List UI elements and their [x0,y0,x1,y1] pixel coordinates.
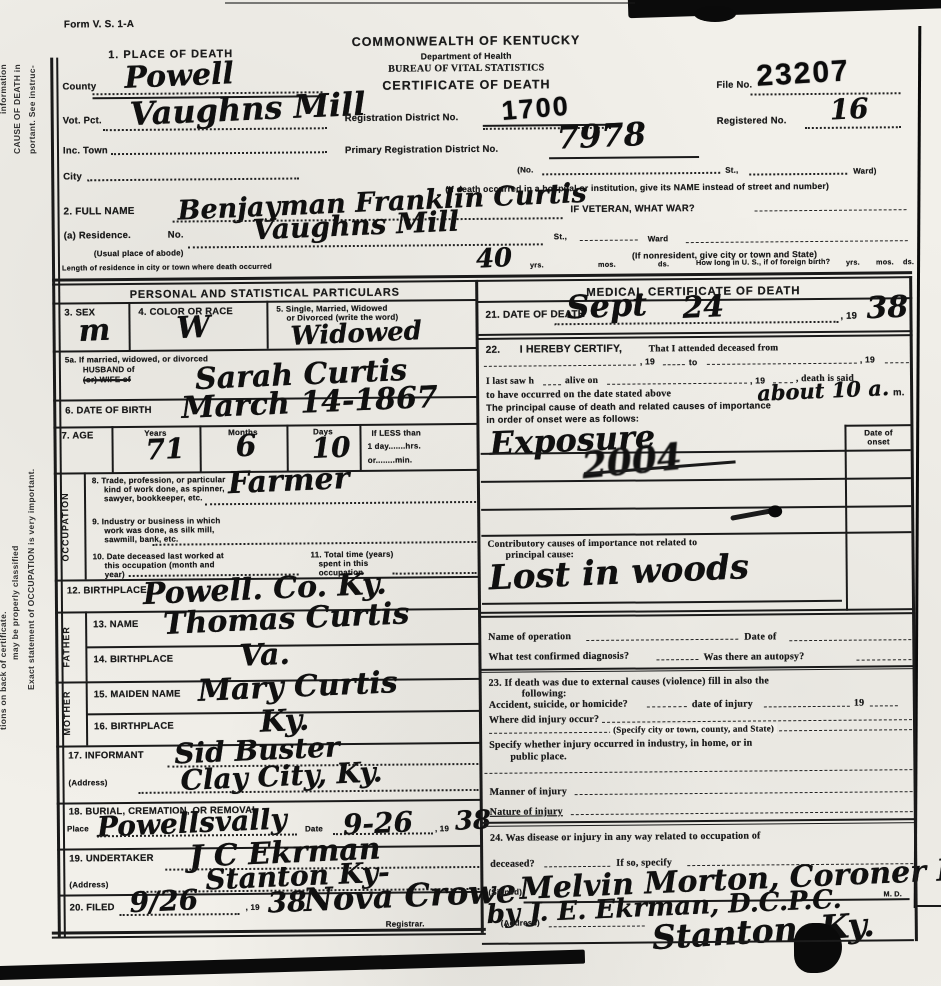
grid-vline [111,426,113,473]
deceased-line [544,866,610,868]
primary-reg-label: Primary Registration District No. [345,144,498,156]
burial-place-label: Place [67,824,89,833]
principal-cause-label-1: The principal cause of death and related… [486,400,771,412]
veteran-label: IF VETERAN, WHAT WAR? [570,203,694,215]
reg-district-label: Registration District No. [345,112,459,124]
last-saw-line-1 [543,384,561,385]
mother-name-label: 15. MAIDEN NAME [94,689,181,701]
abode-note: (Usual place of abode) [94,248,184,258]
full-name-label: 2. FULL NAME [63,206,134,218]
grid-vline [128,302,130,350]
bureau-title: BUREAU OF VITAL STATISTICS [316,62,616,76]
veteran-line [755,209,907,211]
nature-injury-line [571,811,913,815]
dod-year-value: 38 [866,289,909,326]
certificate-title: CERTIFICATE OF DEATH [316,77,616,94]
occupation-side-label: OCCUPATION [60,473,83,579]
birthplace-label: 12. BIRTHPLACE [67,585,147,597]
total-time-line [393,572,477,575]
where-injury-line [602,719,912,723]
specify-line [484,769,912,774]
yrs-label: yrs. [530,260,544,269]
commonwealth-title: COMMONWEALTH OF KENTUCKY [316,33,616,50]
industry-label-2: work was done, as silk mill, [104,525,214,535]
deceased-label: deceased? [490,858,535,869]
operation-label: Name of operation [488,631,571,643]
dept-title: Department of Health [316,50,616,63]
county-label: County [62,81,96,92]
burial-date-label: Date [305,824,323,833]
specify-label-2: public place. [510,751,567,762]
file-no-label: File No. [716,80,752,91]
registered-no-value: 16 [829,92,869,127]
ink-mark-blob [768,505,782,517]
mother-birthplace-label: 16. BIRTHPLACE [94,721,174,733]
primary-reg-line [549,156,699,159]
length-residence-label: Length of residence in city or town wher… [62,262,272,273]
external-causes-label-2: following: [522,688,567,699]
last-worked-label-3: year) [105,570,125,579]
accident-line [647,706,687,707]
autopsy-line [856,659,911,660]
injury-date-line [764,706,850,708]
age-label: 7. AGE [61,430,93,441]
street-no-line [542,172,720,176]
mos-label: mos. [598,260,616,269]
last-worked-label-2: this occupation (month and [105,560,215,570]
grid-vline [199,425,201,472]
residence-ward-line [686,240,908,243]
registered-no-label: Registered No. [717,115,787,127]
last-saw-line-2 [607,383,747,385]
where-injury-label: Where did injury occur? [489,714,599,726]
trade-label-3: sawyer, bookkeeper, etc. [104,493,203,503]
filed-year-value: 38 [267,885,307,920]
burial-year-prefix: , 19 [435,824,449,833]
manner-injury-line [575,791,913,795]
file-no-line [751,92,901,95]
father-name-label: 13. NAME [93,619,139,630]
accident-label: Accident, suicide, or homicide? [489,699,628,711]
inc-town-label: Inc. Town [63,145,108,156]
date-of-death-day: 24 [682,289,725,326]
grid-vline [359,424,361,471]
autopsy-label: Was there an autopsy? [703,651,804,663]
dod-year-prefix: , 19 [840,311,857,322]
occurred-label: to have occurred on the date stated abov… [486,388,671,401]
registrar-label: Registrar. [386,919,425,928]
street-no-label: (No. [517,165,533,174]
certify-to: to [689,357,698,367]
total-time-label-1: 11. Total time (years) [310,550,393,560]
ward-label: Ward) [853,166,876,175]
informant-label: 17. INFORMANT [68,750,144,762]
grid-vline [266,301,268,349]
filed-label: 20. FILED [70,902,115,913]
undertaker-label: 19. UNDERTAKER [69,853,154,865]
signer-address-line [549,925,645,927]
date-of-operation-label: Date of [744,631,776,642]
grid-vline [84,472,87,579]
trade-line [205,501,476,505]
sex-value: m [78,313,111,349]
form-bottom-rule-2 [52,933,486,939]
last-saw-label-b: alive on [565,376,598,386]
specify-city-note: (Specify city or town, county, and State… [610,723,777,734]
test-line [656,659,698,660]
length-residence-value: 40 [475,243,512,275]
onset-label-2: onset [846,437,912,447]
certify-19a: , 19 [640,356,655,366]
ds-label: ds. [658,259,669,268]
inc-line [111,151,327,155]
age-less-label-1: If LESS than [371,428,421,437]
vot-pct-label: Vot. Pct. [63,115,102,126]
certify-bold-label: I HEREBY CERTIFY, [520,343,623,356]
last-saw-label-a: I last saw h [486,376,534,386]
date-of-death-month: Sept [566,285,648,326]
father-side-label: FATHER [61,611,84,681]
file-no-value: 23207 [755,54,850,94]
mos2-label: mos. [876,257,894,266]
industry-line [152,541,476,546]
signed-label: (Signed) [488,888,522,897]
form-body: Form V. S. 1-A 1. PLACE OF DEATH County … [0,0,941,986]
age-less-label-3: or........min. [368,456,413,465]
informant-address-label: (Address) [68,778,107,787]
manner-injury-label: Manner of injury [490,786,568,798]
filed-year-prefix: , 19 [246,903,260,912]
certify-line-1 [484,365,636,367]
death-certificate-scan: information CAUSE OF DEATH in portant. S… [0,0,941,986]
undertaker-address-label: (Address) [69,880,108,889]
form-number: Form V. S. 1-A [64,19,134,31]
md-label: M. D. [883,889,902,898]
m5a-label-1: 5a. If married, widowed, or divorced [65,354,208,364]
age-years-value: 71 [145,432,185,467]
marital-value: Widowed [290,316,422,352]
city-label: City [63,171,82,182]
age-months-value: 6 [235,429,257,465]
related-occupation-label: 24. Was disease or injury in any way rel… [490,830,761,843]
contributory-line [482,600,842,605]
ds2-label: ds. [903,257,914,266]
injury-date-label: date of injury [692,699,753,711]
operation-line [586,639,738,641]
m5a-label-3: (or) WIFE of [83,375,131,384]
certify-line-3 [707,363,857,365]
residence-st-label: St., [554,232,567,241]
age-less-label-2: 1 day.......hrs. [368,441,421,450]
ink-blot [794,923,842,973]
father-birthplace-label: 14. BIRTHPLACE [93,654,173,666]
onset-box-top [844,424,912,427]
color-race-value: W [176,310,211,346]
city-line [87,177,299,181]
residence-st-line [580,240,638,242]
certify-19b: , 19 [860,354,875,364]
injury-19-label: 19 [854,698,865,709]
nature-injury-label: Nature of injury [490,806,563,818]
external-causes-label-1: 23. If death was due to external causes … [489,675,769,688]
test-label: What test confirmed diagnosis? [488,651,629,663]
contributory-label-1: Contributory causes of importance not re… [487,537,697,550]
occurred-value: about 10 a. [757,375,890,406]
county-value: Powell [124,56,235,96]
injury-19-line [870,705,898,706]
residence-no-label: No. [168,229,184,240]
trade-value: Farmer [227,461,350,501]
residence-label: (a) Residence. [64,230,131,242]
street-line [749,173,847,176]
onset-box-left [844,425,848,611]
m5a-label-2: HUSBAND of [83,365,135,374]
age-days-value: 10 [311,430,351,465]
item-22-number: 22. [486,345,501,356]
certify-line-4 [885,362,909,363]
street-label: St., [725,166,738,175]
residence-ward-label: Ward [648,234,669,243]
mother-side-label: MOTHER [62,681,85,745]
specify-label-1: Specify whether injury occurred in indus… [489,738,752,751]
registrar-signature: Nova Crowe [303,872,517,919]
registered-no-line [805,126,901,129]
date-of-operation-line [789,639,911,641]
dob-label: 6. DATE OF BIRTH [65,405,152,417]
certify-line-2 [663,364,685,365]
signer-address-label: (Address) [501,918,540,927]
certify-rest-label: That I attended deceased from [649,343,779,354]
primary-reg-value: 7978 [556,115,647,157]
how-long-label: How long in U. S., if of foreign birth? [696,257,830,267]
father-birthplace-value: Va. [239,637,291,674]
yrs2-label: yrs. [846,258,860,267]
occurred-m-suffix: m. [893,387,905,398]
grid-line [53,347,477,352]
